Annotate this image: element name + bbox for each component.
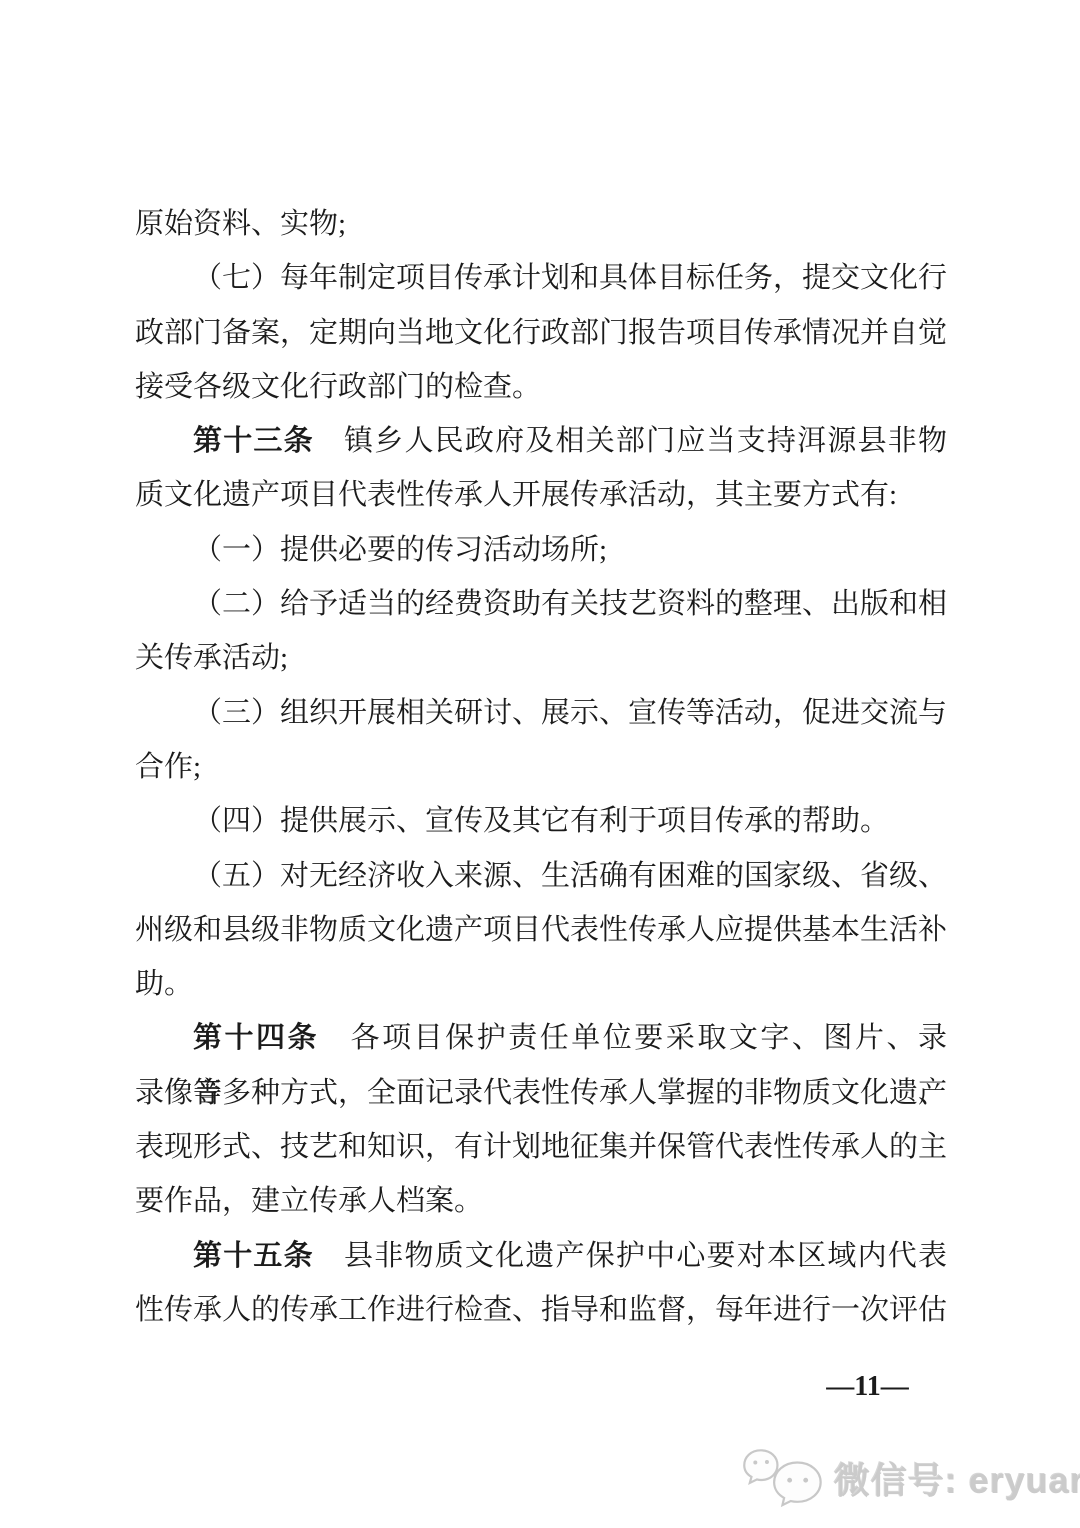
document-line: （一）提供必要的传习活动场所; — [135, 523, 947, 577]
document-line: 州级和县级非物质文化遗产项目代表性传承人应提供基本生活补 — [135, 903, 947, 957]
document-line: 接受各级文化行政部门的检查。 — [135, 360, 947, 414]
document-line: 政部门备案，定期向当地文化行政部门报告项目传承情况并自觉 — [135, 306, 947, 360]
document-line: 合作; — [135, 740, 947, 794]
document-line: （三）组织开展相关研讨、展示、宣传等活动，促进交流与 — [135, 686, 947, 740]
document-line: 表现形式、技艺和知识，有计划地征集并保管代表性传承人的主 — [135, 1120, 947, 1174]
page-number: —11— — [820, 1362, 915, 1412]
wechat-id-label: 微信号: eryuanlvyou — [834, 1453, 1080, 1504]
document-line: 助。 — [135, 957, 947, 1011]
document-line: （四）提供展示、宣传及其它有利于项目传承的帮助。 — [135, 794, 947, 848]
document-line: 录像等多种方式，全面记录代表性传承人掌握的非物质文化遗产 — [135, 1066, 947, 1120]
document-line: （二）给予适当的经费资助有关技艺资料的整理、出版和相 — [135, 577, 947, 631]
document-line: 第十三条 镇乡人民政府及相关部门应当支持洱源县非物 — [135, 414, 947, 468]
document-line: 关传承活动; — [135, 631, 947, 685]
article-number: 第十四条 — [193, 1022, 319, 1054]
document-line: 第十五条 县非物质文化遗产保护中心要对本区域内代表 — [135, 1229, 947, 1283]
wechat-watermark: 微信号: eryuanlvyou — [742, 1446, 1080, 1510]
document-line: 性传承人的传承工作进行检查、指导和监督，每年进行一次评估 — [135, 1283, 947, 1337]
document-page: 原始资料、实物;（七）每年制定项目传承计划和具体目标任务，提交文化行政部门备案，… — [0, 0, 1080, 1528]
document-line: （五）对无经济收入来源、生活确有困难的国家级、省级、 — [135, 849, 947, 903]
article-number: 第十五条 — [193, 1240, 314, 1272]
document-line: 原始资料、实物; — [135, 197, 947, 251]
wechat-icon — [742, 1447, 824, 1509]
document-line: （七）每年制定项目传承计划和具体目标任务，提交文化行 — [135, 251, 947, 305]
document-line: 质文化遗产项目代表性传承人开展传承活动，其主要方式有: — [135, 468, 947, 522]
article-number: 第十三条 — [193, 425, 314, 457]
document-line: 要作品，建立传承人档案。 — [135, 1174, 947, 1228]
document-line: 第十四条 各项目保护责任单位要采取文字、图片、录音、 — [135, 1011, 947, 1065]
document-body: 原始资料、实物;（七）每年制定项目传承计划和具体目标任务，提交文化行政部门备案，… — [135, 197, 947, 1337]
